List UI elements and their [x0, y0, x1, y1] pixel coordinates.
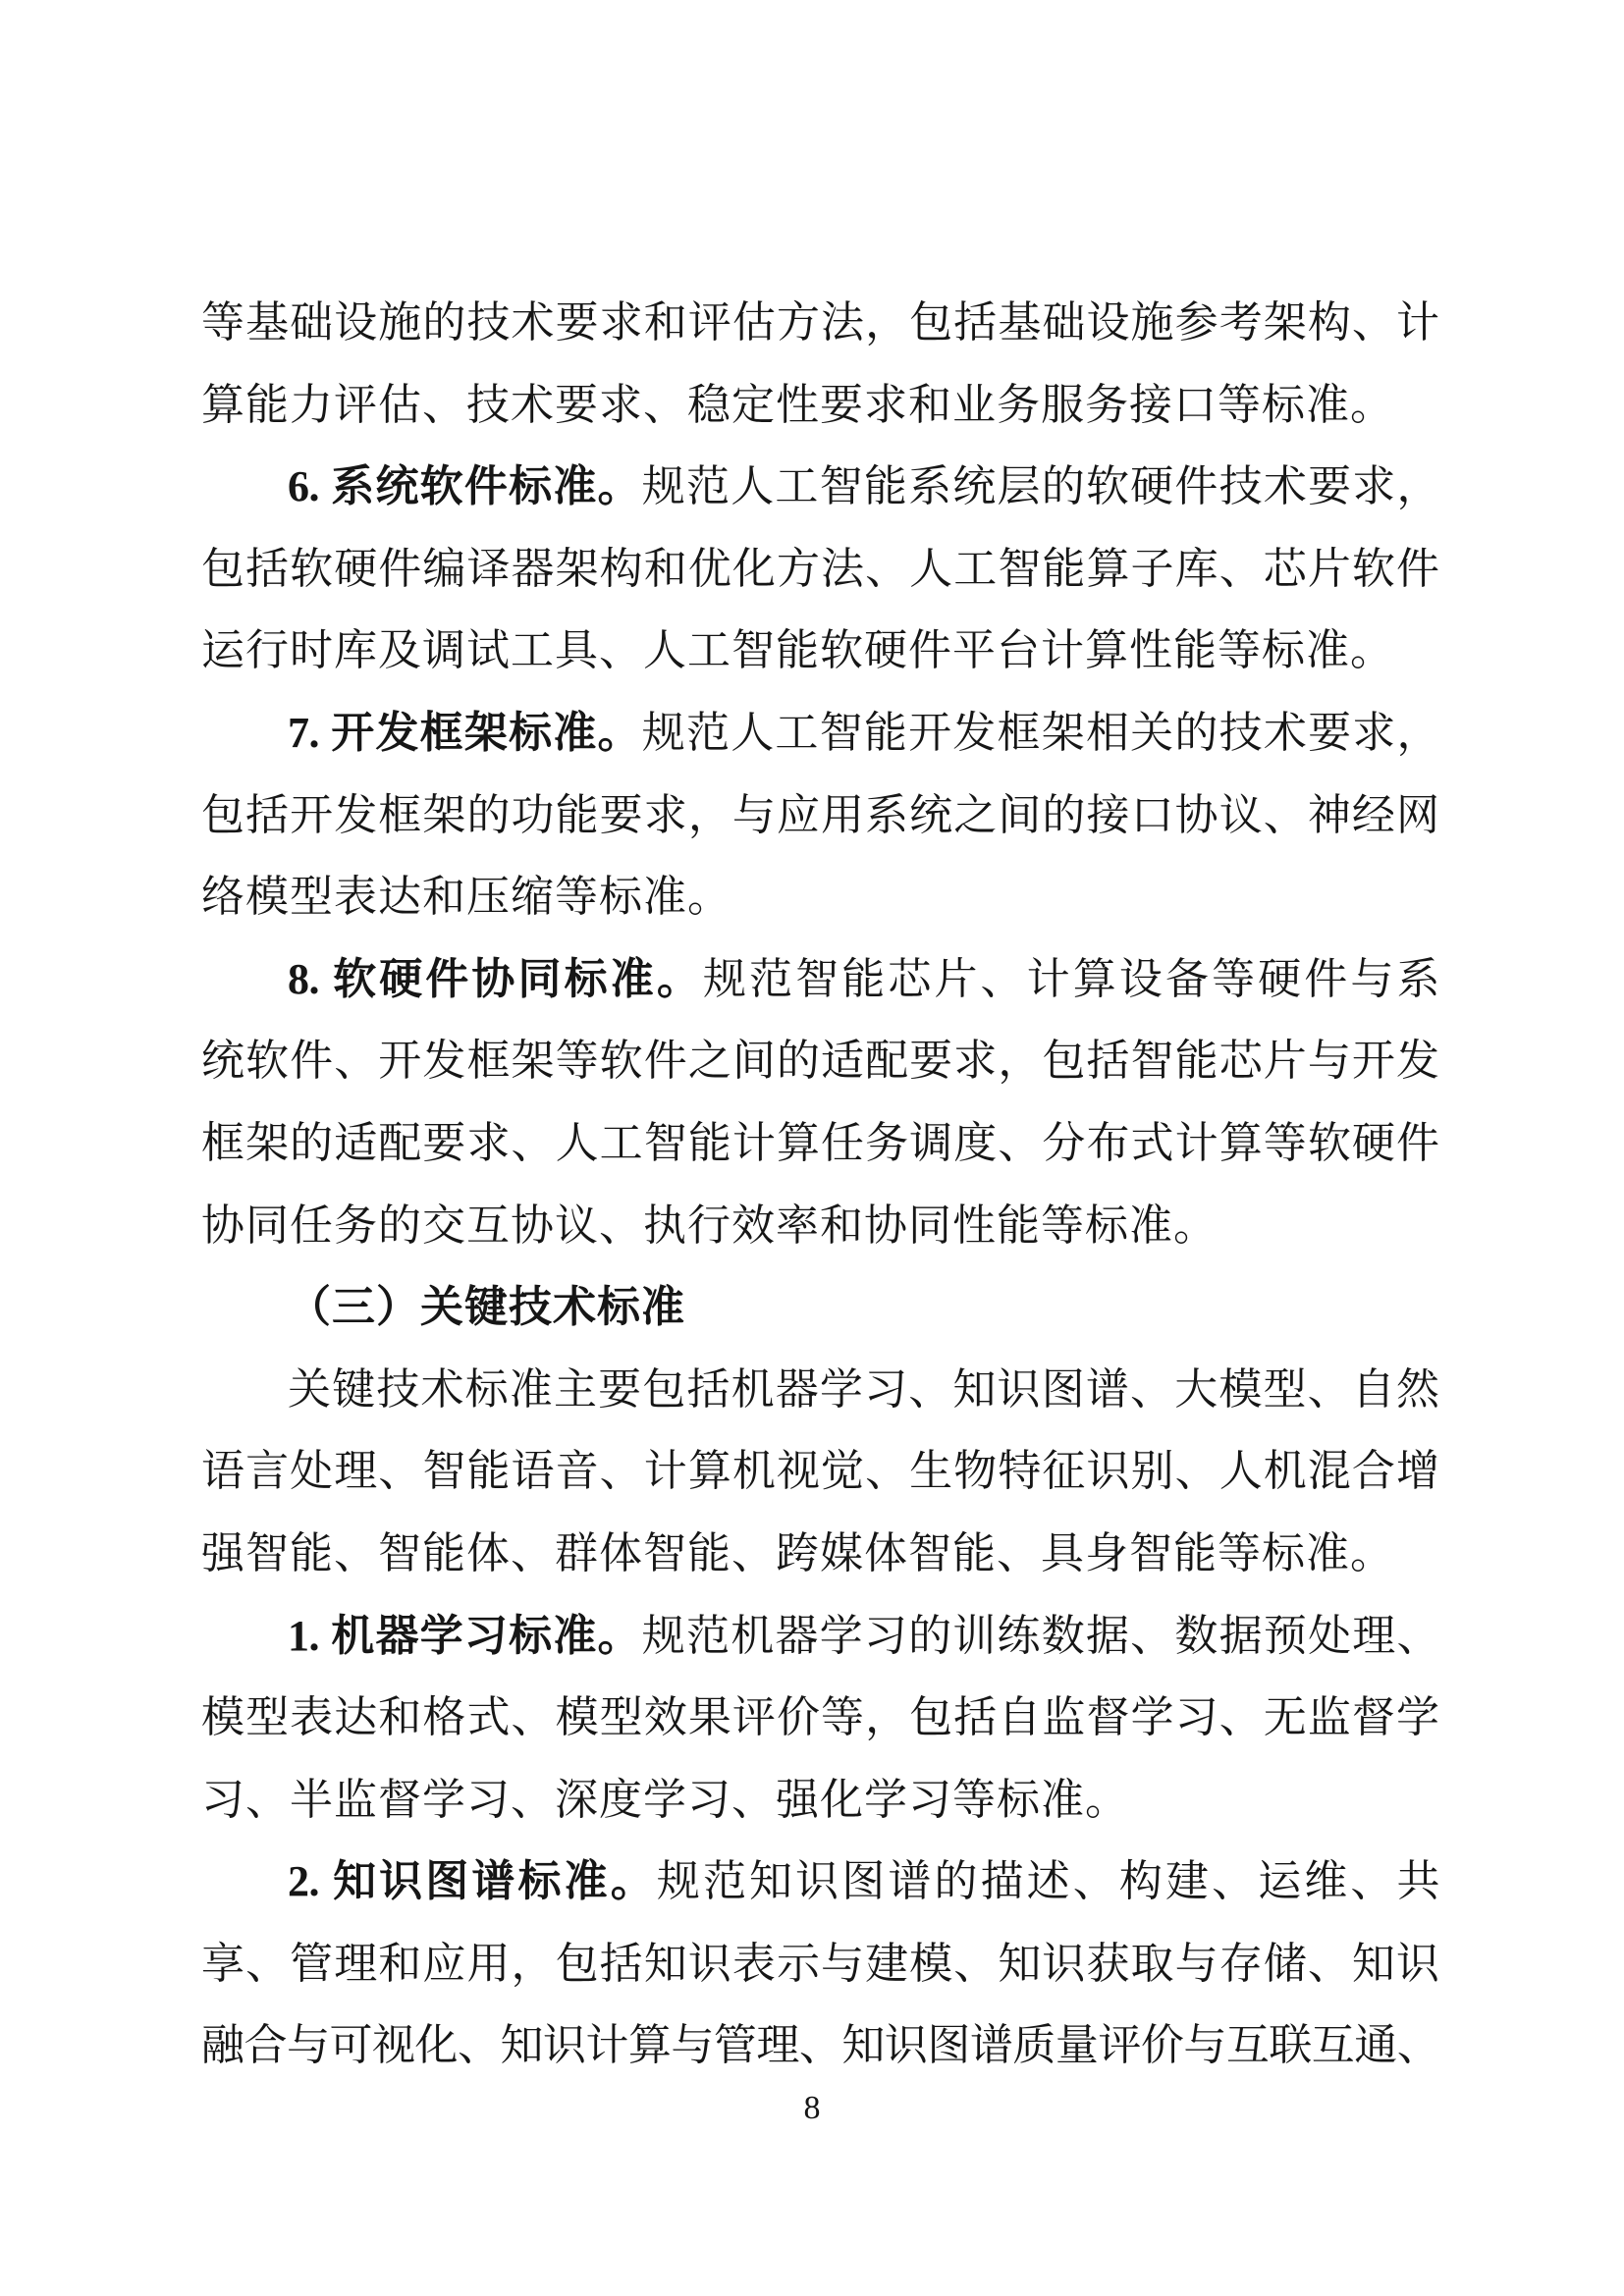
text-line: 关键技术标准主要包括机器学习、知识图谱、大模型、自然 — [201, 1349, 1439, 1431]
line-text: 包括开发框架的功能要求，与应用系统之间的接口协议、神经网 — [201, 791, 1439, 839]
text-line: 强智能、智能体、群体智能、跨媒体智能、具身智能等标准。 — [201, 1513, 1439, 1595]
line-text: 享、管理和应用，包括知识表示与建模、知识获取与存储、知识 — [201, 1940, 1439, 1988]
text-line: 习、半监督学习、深度学习、强化学习等标准。 — [201, 1759, 1439, 1842]
document-body: 等基础设施的技术要求和评估方法，包括基础设施参考架构、计 算能力评估、技术要求、… — [201, 282, 1439, 2087]
text-line: 语言处理、智能语音、计算机视觉、生物特征识别、人机混合增 — [201, 1430, 1439, 1513]
heading-bold-text: （三）关键技术标准 — [288, 1283, 685, 1331]
line-text: 算能力评估、技术要求、稳定性要求和业务服务接口等标准。 — [201, 381, 1394, 429]
text-line-heading-1: 1. 机器学习标准。规范机器学习的训练数据、数据预处理、 — [201, 1595, 1439, 1678]
line-text: 融合与可视化、知识计算与管理、知识图谱质量评价与互联互通、 — [201, 2021, 1439, 2069]
text-line-heading-2: 2. 知识图谱标准。规范知识图谱的描述、构建、运维、共 — [201, 1841, 1439, 1923]
text-line-heading-8: 8. 软硬件协同标准。规范智能芯片、计算设备等硬件与系 — [201, 938, 1439, 1021]
line-text: 规范人工智能开发框架相关的技术要求， — [642, 709, 1439, 757]
line-text: 包括软硬件编译器架构和优化方法、人工智能算子库、芯片软件 — [201, 545, 1439, 593]
line-text: 关键技术标准主要包括机器学习、知识图谱、大模型、自然 — [288, 1365, 1439, 1414]
line-text: 协同任务的交互协议、执行效率和协同性能等标准。 — [201, 1201, 1218, 1250]
text-line: 算能力评估、技术要求、稳定性要求和业务服务接口等标准。 — [201, 364, 1439, 447]
heading-bold-text: 1. 机器学习标准。 — [288, 1612, 642, 1660]
text-line: 框架的适配要求、人工智能计算任务调度、分布式计算等软硬件 — [201, 1102, 1439, 1185]
line-text: 络模型表达和压缩等标准。 — [201, 873, 731, 921]
text-line: 等基础设施的技术要求和评估方法，包括基础设施参考架构、计 — [201, 282, 1439, 364]
text-line: 络模型表达和压缩等标准。 — [201, 856, 1439, 938]
heading-bold-text: 8. 软硬件协同标准。 — [288, 955, 703, 1003]
text-line: 模型表达和格式、模型效果评价等，包括自监督学习、无监督学 — [201, 1677, 1439, 1759]
text-line: 享、管理和应用，包括知识表示与建模、知识获取与存储、知识 — [201, 1923, 1439, 2005]
text-line: 包括软硬件编译器架构和优化方法、人工智能算子库、芯片软件 — [201, 528, 1439, 611]
line-text: 模型表达和格式、模型效果评价等，包括自监督学习、无监督学 — [201, 1693, 1439, 1741]
text-line: 包括开发框架的功能要求，与应用系统之间的接口协议、神经网 — [201, 774, 1439, 857]
line-text: 语言处理、智能语音、计算机视觉、生物特征识别、人机混合增 — [201, 1447, 1439, 1495]
text-line: 运行时库及调试工具、人工智能软硬件平台计算性能等标准。 — [201, 610, 1439, 692]
heading-bold-text: 2. 知识图谱标准。 — [288, 1857, 657, 1905]
text-line-heading-7: 7. 开发框架标准。规范人工智能开发框架相关的技术要求， — [201, 692, 1439, 774]
text-line-heading-6: 6. 系统软件标准。规范人工智能系统层的软硬件技术要求， — [201, 446, 1439, 528]
page-number: 8 — [0, 2087, 1624, 2130]
document-page: 等基础设施的技术要求和评估方法，包括基础设施参考架构、计 算能力评估、技术要求、… — [0, 0, 1624, 2296]
text-line: 统软件、开发框架等软件之间的适配要求，包括智能芯片与开发 — [201, 1020, 1439, 1102]
heading-bold-text: 7. 开发框架标准。 — [288, 709, 642, 757]
line-text: 规范智能芯片、计算设备等硬件与系 — [703, 955, 1439, 1003]
heading-bold-text: 6. 系统软件标准。 — [288, 462, 642, 510]
line-text: 习、半监督学习、深度学习、强化学习等标准。 — [201, 1776, 1129, 1824]
line-text: 规范知识图谱的描述、构建、运维、共 — [657, 1857, 1439, 1905]
line-text: 强智能、智能体、群体智能、跨媒体智能、具身智能等标准。 — [201, 1529, 1394, 1577]
line-text: 规范人工智能系统层的软硬件技术要求， — [642, 462, 1439, 510]
line-text: 等基础设施的技术要求和评估方法，包括基础设施参考架构、计 — [201, 298, 1439, 347]
section-heading-3: （三）关键技术标准 — [201, 1266, 1439, 1349]
text-line: 协同任务的交互协议、执行效率和协同性能等标准。 — [201, 1185, 1439, 1267]
line-text: 框架的适配要求、人工智能计算任务调度、分布式计算等软硬件 — [201, 1119, 1439, 1167]
line-text: 统软件、开发框架等软件之间的适配要求，包括智能芯片与开发 — [201, 1037, 1439, 1085]
line-text: 规范机器学习的训练数据、数据预处理、 — [642, 1612, 1439, 1660]
line-text: 运行时库及调试工具、人工智能软硬件平台计算性能等标准。 — [201, 626, 1394, 674]
text-line: 融合与可视化、知识计算与管理、知识图谱质量评价与互联互通、 — [201, 2004, 1439, 2087]
